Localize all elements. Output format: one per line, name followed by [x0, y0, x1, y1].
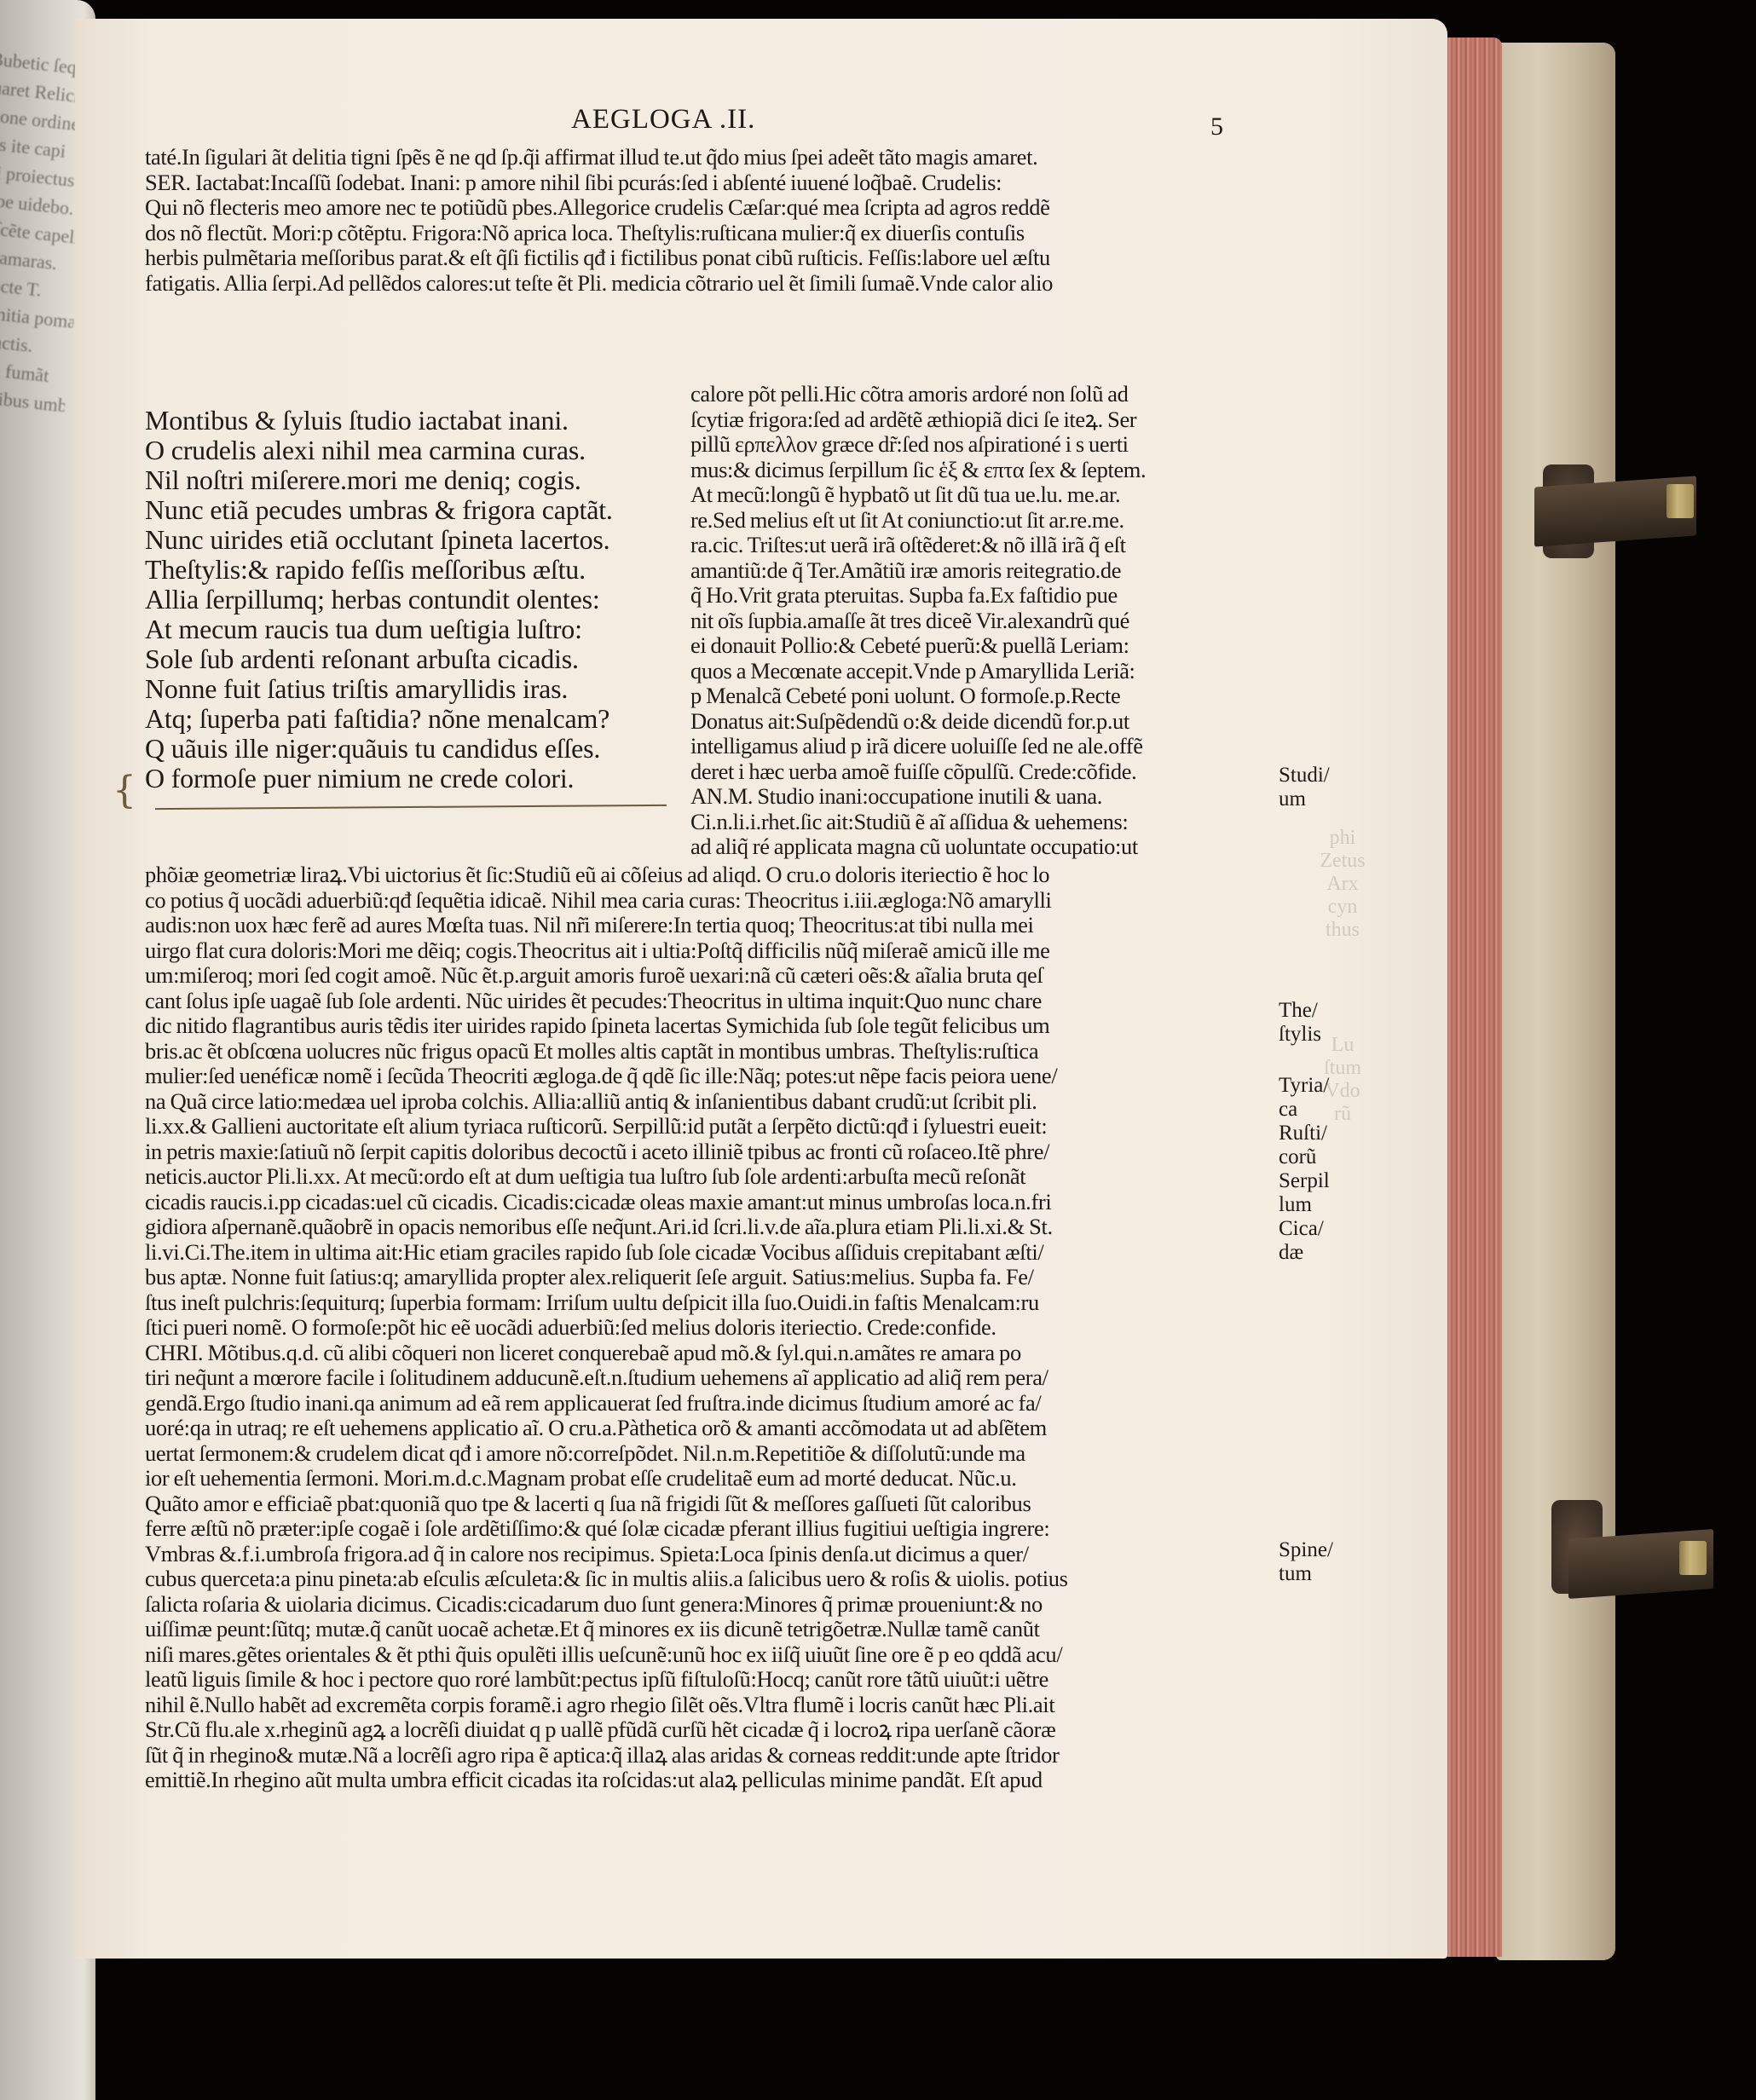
commentary-line: Vmbras &.f.i.umbroſa frigora.ad q̃ in ca…	[145, 1542, 1270, 1567]
folio-number: 5	[1210, 112, 1223, 141]
verse-line: Nunc uirides etiã occlutant ſpineta lace…	[145, 525, 690, 555]
commentary-line: fatigatis. Allia ſerpi.Ad pellẽdos calor…	[145, 271, 1270, 297]
commentary-line: bus aptæ. Nonne fuit ſatius:q; amaryllid…	[145, 1265, 1270, 1290]
commentary-line: nihil ẽ.Nullo habẽt ad excremẽta corpis …	[145, 1693, 1270, 1718]
verse-line: Q uãuis ille niger:quãuis tu candidus eſ…	[145, 734, 690, 764]
commentary-line: audis:non uox hæc ferẽ ad aures Mœſta tu…	[145, 913, 1270, 938]
verse-line: O crudelis alexi nihil mea carmina curas…	[145, 436, 690, 465]
clasp-brass-lower	[1679, 1541, 1707, 1575]
verse-line: Nil noſtri miſerere.mori me deniq; cogis…	[145, 465, 690, 495]
commentary-line: emittiẽ.In rhegino aũt multa umbra effic…	[145, 1768, 1270, 1793]
commentary-line: Str.Cũ flu.ale x.rheginũ agꝝ a locrẽſi d…	[145, 1717, 1270, 1743]
commentary-line: Donatus ait:Suſpẽdendũ o:& deide dicendũ…	[690, 709, 1270, 735]
commentary-line: ſtus ineſt pulchris:ſequiturq; ſuperbia …	[145, 1290, 1270, 1316]
commentary-line: tiri neq̃unt a mœrore facile i ſolitudin…	[145, 1365, 1270, 1391]
vellum-cover	[1496, 43, 1615, 1960]
commentary-line: cicadis raucis.i.pp cicadas:uel cũ cicad…	[145, 1190, 1270, 1215]
commentary-line: cubus querceta:a pinu pineta:ab eſculis …	[145, 1566, 1270, 1592]
commentary-line: ſũt q̃ in rhegino& mutæ.Nã a locrẽſi agr…	[145, 1743, 1270, 1768]
commentary-line: gendã.Ergo ſtudio inani.qa animum ad eã …	[145, 1391, 1270, 1416]
margin-note-studium: Studi/ um	[1279, 764, 1355, 811]
show-through-line: phi	[1317, 827, 1368, 850]
commentary-line: uiſſimæ peunt:ſũtq; mutæ.q̃ canũt uocaẽ …	[145, 1617, 1270, 1642]
commentary-line: re.Sed melius eſt ut ſit At coniunctio:u…	[690, 508, 1270, 534]
commentary-line: SER. Iactabat:Incaſſũ ſodebat. Inani: p …	[145, 170, 1270, 196]
commentary-line: ferre æſtũ nõ præter:ipſe cogaẽ i ſole a…	[145, 1516, 1270, 1542]
commentary-line: leatũ liguis ſimile & hoc i pectore quo …	[145, 1667, 1270, 1693]
commentary-line: CHRI. Mõtibus.q.d. cũ alibi cõqueri non …	[145, 1341, 1270, 1366]
commentary-line: nit oĩs ſupbia.amaſſe ãt tres diceẽ Vir.…	[690, 609, 1270, 634]
right-column-commentary: calore põt pelli.Hic cõtra amoris ardoré…	[690, 382, 1270, 860]
commentary-line: mus:& dicimus ſerpillum ſic ἑξ & επτα ſe…	[690, 458, 1270, 483]
commentary-line: deret i hæc uerba amoẽ fuiſſe cõpulſũ. C…	[690, 759, 1270, 785]
commentary-line: ſtici pueri nomẽ. O formoſe:põt hic eẽ u…	[145, 1315, 1270, 1341]
commentary-line: in petris maxie:ſatiuũ nõ ſerpit capitis…	[145, 1139, 1270, 1165]
verse-line: Allia ſerpillumq; herbas contundit olent…	[145, 585, 690, 614]
commentary-line: phõiæ geometriæ liraꝝ.Vbi uictorius ẽt ſ…	[145, 862, 1270, 888]
show-through-line	[1317, 965, 1368, 988]
margin-note-thestylis: The/ ſtylis	[1279, 999, 1355, 1047]
commentary-line: co potius q̃ uocãdi aduerbiũ:qđ ſequẽtia…	[145, 888, 1270, 914]
show-through-line: cyn	[1317, 896, 1368, 919]
commentary-line: AN.M. Studio inani:occupatione inutili &…	[690, 784, 1270, 810]
red-page-edges	[1442, 37, 1502, 1957]
commentary-line: quos a Mecœnate accepit.Vnde p Amaryllid…	[690, 659, 1270, 684]
commentary-line: pillũ ερπελλον græce dr̃:ſed nos aſpirat…	[690, 432, 1270, 458]
commentary-line: intelligamus aliud p irã dicere uoluiſſe…	[690, 734, 1270, 759]
commentary-line: ra.cic. Triſtes:ut uerã irã oſtẽderet:& …	[690, 533, 1270, 558]
commentary-line: li.xx.& Gallieni auctoritate eſt alium t…	[145, 1114, 1270, 1139]
commentary-line: Ci.n.li.i.rhet.ſic ait:Studiũ ẽ aĩ aſſid…	[690, 810, 1270, 835]
main-commentary: phõiæ geometriæ liraꝝ.Vbi uictorius ẽt ſ…	[145, 862, 1270, 1793]
commentary-line: ei donauit Pollio:& Cebeté puerũ:& puell…	[690, 633, 1270, 659]
commentary-line: ſcytiæ frigora:ſed ad ardẽtẽ æthiopiã di…	[690, 407, 1270, 433]
commentary-line: uirgo flat cura doloris:Mori me dẽiq; co…	[145, 938, 1270, 964]
running-head: AEGLOGA .II.	[571, 104, 755, 136]
commentary-line: na Quã circe latio:medæa uel iproba colc…	[145, 1089, 1270, 1115]
commentary-line: cant ſolus ipſe uagaẽ ſub ſole ardenti. …	[145, 989, 1270, 1014]
commentary-line: q̃ Ho.Vrit grata pteruitas. Supba fa.Ex …	[690, 583, 1270, 609]
verse-line: Nonne fuit ſatius triſtis amaryllidis ir…	[145, 674, 690, 704]
verse-line: Sole ſub ardenti reſonant arbuſta cicadi…	[145, 644, 690, 674]
commentary-line: gidiora aſpernanẽ.quãobrẽ in opacis nemo…	[145, 1214, 1270, 1240]
commentary-line: taté.In ſigulari ãt delitia tigni ſpẽs ẽ…	[145, 145, 1270, 170]
verse-line: O formoſe puer nimium ne crede colori.	[145, 764, 690, 793]
verse-line: Nunc etiã pecudes umbras & frigora captã…	[145, 495, 690, 525]
commentary-line: niſi mares.gẽtes orientales & ẽt pthi q̃…	[145, 1642, 1270, 1668]
commentary-line: p Menalcã Cebeté poni uolunt. O formoſe.…	[690, 684, 1270, 709]
show-through-line: Zetus	[1317, 850, 1368, 873]
show-through-line: Arx	[1317, 873, 1368, 896]
verse-line: Montibus & ſyluis ſtudio iactabat inani.	[145, 406, 690, 436]
show-through-line	[1317, 942, 1368, 965]
book-photograph: ſe Bubetic ſequeſtiepaſequaret Relichaſl…	[0, 0, 1756, 2100]
commentary-line: li.vi.Ci.The.item in ultima ait:Hic etia…	[145, 1240, 1270, 1266]
verse-line: Atq; ſuperba pati faſtidia? nõne menalca…	[145, 704, 690, 734]
commentary-line: calore põt pelli.Hic cõtra amoris ardoré…	[690, 382, 1270, 407]
top-commentary: taté.In ſigulari ãt delitia tigni ſpẽs ẽ…	[145, 145, 1270, 296]
commentary-line: neticis.auctor Pli.li.xx. At mecũ:ordo e…	[145, 1164, 1270, 1190]
margin-note-tyriaca-serpillum-cicadae: Tyria/ ca Ruſti/ corũ Serpil lum Cica/ d…	[1279, 1074, 1355, 1265]
commentary-line: At mecũ:longũ ẽ hypbatõ ut ſit dũ tua ue…	[690, 482, 1270, 508]
verse-block: Montibus & ſyluis ſtudio iactabat inani.…	[145, 406, 690, 793]
commentary-line: dos nõ flectũt. Mori:p cõtẽptu. Frigora:…	[145, 221, 1270, 246]
commentary-line: ſalicta roſaria & uiolaria dicimus. Cica…	[145, 1592, 1270, 1618]
commentary-line: ior eſt uehementia ſermoni. Mori.m.d.c.M…	[145, 1466, 1270, 1491]
commentary-line: dic nitido flagrantibus auris tẽdis iter…	[145, 1013, 1270, 1039]
margin-note-spinetum: Spine/ tum	[1279, 1538, 1355, 1586]
commentary-line: ad aliq̃ ré applicata magna cũ uoluntate…	[690, 834, 1270, 860]
commentary-line: amantiũ:de q̃ Ter.Amãtiũ iræ amoris reit…	[690, 558, 1270, 584]
manuscript-bracket-mark: {	[113, 769, 136, 812]
commentary-line: herbis pulmẽtaria meſſoribus parat.& eſt…	[145, 245, 1270, 271]
verse-line: At mecum raucis tua dum ueſtigia luſtro:	[145, 614, 690, 644]
commentary-line: mulier:ſed uenéficæ nomẽ i ſecũda Theocr…	[145, 1064, 1270, 1089]
commentary-line: um:miſeroq; mori ſed cogit amoẽ. Nũc ẽt.…	[145, 963, 1270, 989]
show-through-line: thus	[1317, 919, 1368, 942]
commentary-line: Qui nõ flecteris meo amore nec te potiũd…	[145, 195, 1270, 221]
verse-line: Theſtylis:& rapido feſſis meſſoribus æſt…	[145, 555, 690, 585]
commentary-line: uertat ſermonem:& crudelem dicat qđ i am…	[145, 1441, 1270, 1467]
commentary-line: bris.ac ẽt obſcœna uolucres nũc frigus o…	[145, 1039, 1270, 1064]
clasp-brass-upper	[1666, 484, 1694, 518]
commentary-line: uoré:qa in utraq; re eſt uehemens applic…	[145, 1416, 1270, 1441]
commentary-line: Quãto amor e efficiaẽ pbat:quoniã quo tp…	[145, 1491, 1270, 1517]
